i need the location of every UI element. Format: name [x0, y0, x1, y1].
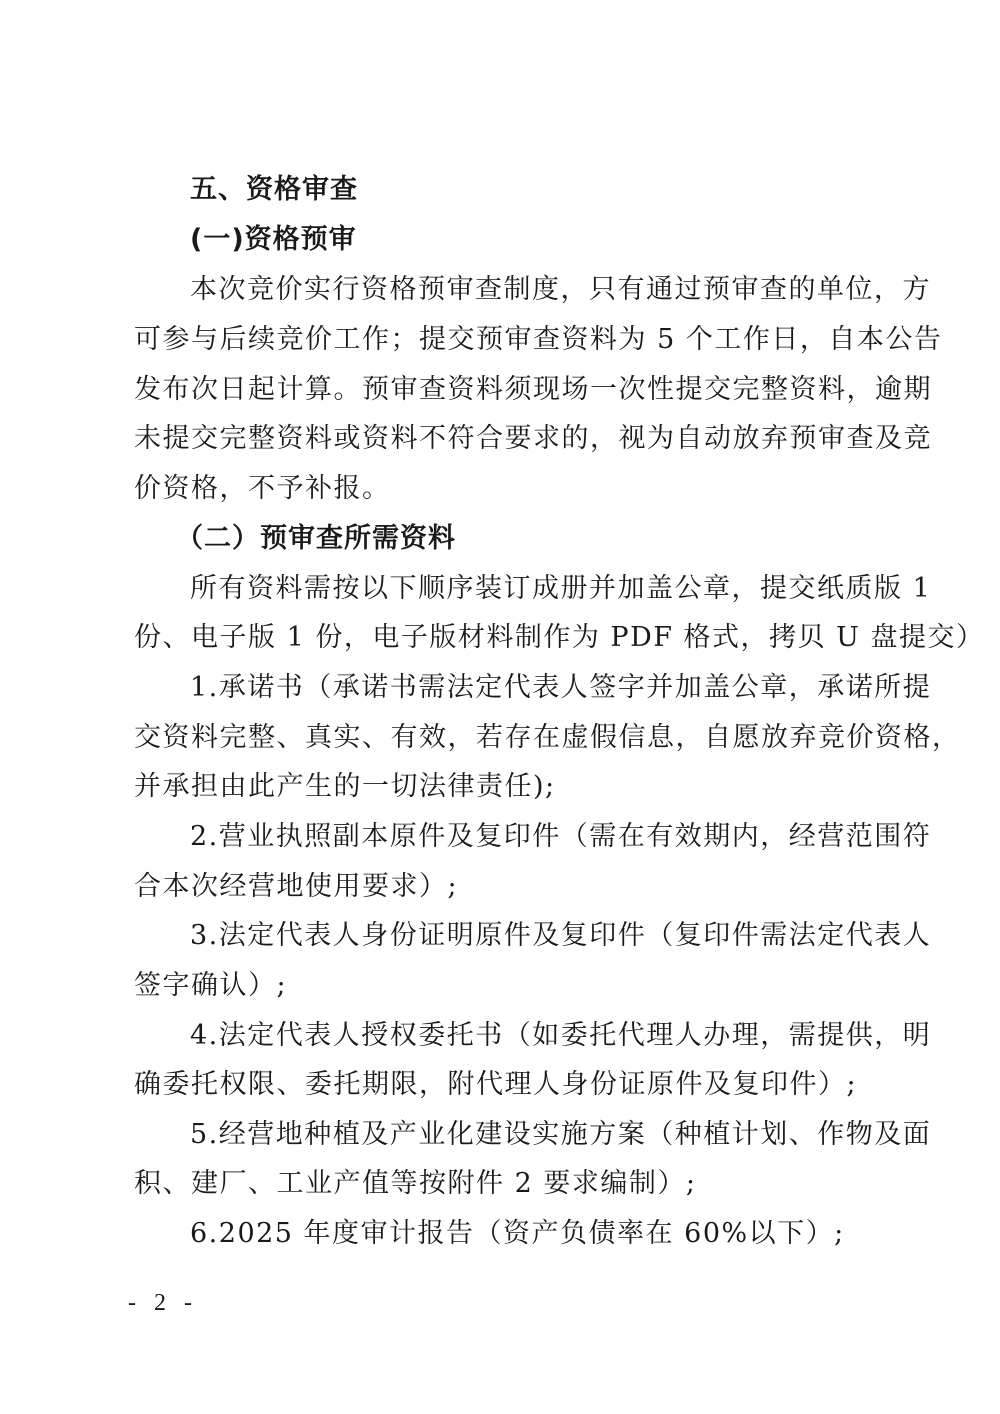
- list-item-2-line: 2.营业执照副本原件及复印件（需在有效期内，经营范围符: [190, 819, 931, 855]
- paragraph-line: 未提交完整资料或资料不符合要求的，视为自动放弃预审查及竞: [134, 421, 932, 457]
- list-item-2-line: 合本次经营地使用要求）;: [134, 869, 458, 905]
- list-item-4-line: 确委托权限、委托期限，附代理人身份证原件及复印件）;: [134, 1067, 857, 1103]
- list-item-5-line: 积、建厂、工业产值等按附件 2 要求编制）;: [134, 1166, 696, 1202]
- paragraph-line: 发布次日起计算。预审查资料须现场一次性提交完整资料，逾期: [134, 372, 932, 408]
- list-item-6-line: 6.2025 年度审计报告（资产负债率在 60%以下）;: [190, 1216, 845, 1252]
- list-item-1-line: 1.承诺书（承诺书需法定代表人签字并加盖公章，承诺所提: [190, 670, 931, 706]
- paragraph-line: 所有资料需按以下顺序装订成册并加盖公章，提交纸质版 1: [190, 571, 931, 607]
- list-item-1-line: 并承担由此产生的一切法律责任);: [134, 769, 556, 805]
- list-item-3-line: 3.法定代表人身份证明原件及复印件（复印件需法定代表人: [190, 918, 931, 954]
- list-item-1-line: 交资料完整、真实、有效，若存在虚假信息，自愿放弃竞价资格，: [134, 720, 961, 756]
- list-item-5-line: 5.经营地种植及产业化建设实施方案（种植计划、作物及面: [190, 1117, 931, 1153]
- paragraph-line: 份、电子版 1 份，电子版材料制作为 PDF 格式，拷贝 U 盘提交）: [134, 620, 984, 656]
- list-item-3-line: 签字确认）;: [134, 968, 287, 1004]
- paragraph-line: 可参与后续竞价工作；提交预审查资料为 5 个工作日，自本公告: [134, 322, 942, 358]
- subsection-2-title: （二）预审查所需资料: [176, 521, 456, 557]
- subsection-1-title: (一)资格预审: [190, 222, 357, 258]
- paragraph-line: 本次竞价实行资格预审查制度，只有通过预审查的单位，方: [190, 272, 931, 308]
- section-title: 五、资格审查: [190, 172, 358, 208]
- list-item-4-line: 4.法定代表人授权委托书（如委托代理人办理，需提供，明: [190, 1018, 931, 1054]
- page-number: - 2 -: [128, 1290, 198, 1317]
- paragraph-line: 价资格，不予补报。: [134, 471, 391, 507]
- document-page: 五、资格审查 (一)资格预审 本次竞价实行资格预审查制度，只有通过预审查的单位，…: [0, 0, 1000, 1414]
